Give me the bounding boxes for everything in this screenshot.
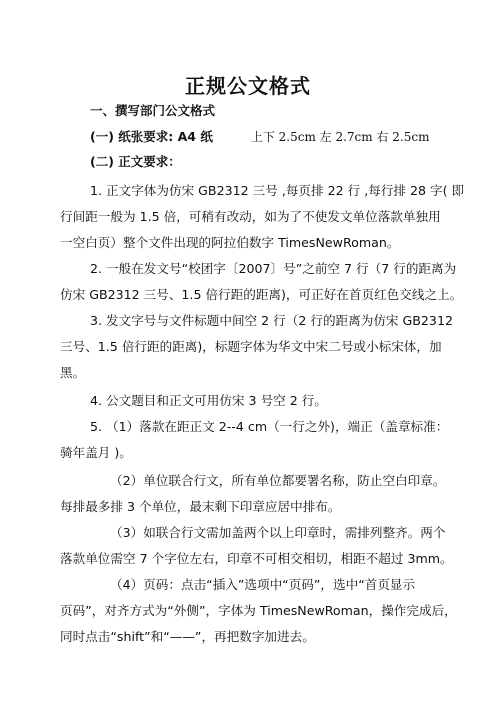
paragraph-line: 每排最多排 3 个单位，最末剩下印章应居中排布。	[60, 496, 341, 515]
paragraph-line: 骑年盖月 )。	[60, 442, 132, 461]
paragraph-line: 3. 发文字号与文件标题中间空 2 行（2 行的距离为仿宋 GB2312	[90, 310, 453, 329]
paragraph-line: 2. 一般在发文号“校团字〔2007〕号”之前空 7 行（7 行的距离为	[90, 258, 456, 277]
paper-requirements: (一) 纸张要求: A4 纸 上下 2.5cm 左 2.7cm 右 2.5cm	[90, 127, 429, 145]
body-req-heading: (二) 正文要求：	[90, 152, 181, 170]
paragraph-line: 行间距一般为 1.5 倍，可稍有改动，如为了不使发文单位落款单独用	[60, 206, 441, 225]
paper-req-label: (一) 纸张要求: A4 纸	[90, 129, 213, 144]
paragraph-line: （3）如联合行文需加盖两个以上印章时，需排列整齐。两个	[110, 522, 445, 541]
paragraph-line: 页码”，对齐方式为“外侧”，字体为 TimesNewRoman，操作完成后，	[60, 600, 457, 619]
section-heading: 一、撰写部门公文格式	[90, 101, 215, 119]
paragraph-line: 同时点击“shift”和“——”，再把数字加进去。	[60, 626, 315, 645]
paragraph-line: 黑。	[60, 362, 85, 381]
paragraph-line: 一空白页）整个文件出现的阿拉伯数字 TimesNewRoman。	[60, 232, 399, 251]
paragraph-line: 三号、1.5 倍行距的距离)，标题字体为华文中宋二号或小标宋体，加	[60, 336, 442, 355]
paragraph-line: （4）页码：点击“插入”选项中“页码”，选中“首页显示	[110, 574, 415, 593]
paragraph-line: 1. 正文字体为仿宋 GB2312 三号 ,每页排 22 行 ,每行排 28 字…	[90, 180, 464, 199]
paper-margins: 上下 2.5cm 左 2.7cm 右 2.5cm	[251, 130, 430, 144]
document-title: 正规公文格式	[0, 70, 496, 99]
paragraph-line: 5. （1）落款在距正文 2--4 cm（一行之外)，端正（盖章标准：	[90, 416, 448, 435]
paragraph-line: 4. 公文题目和正文可用仿宋 3 号空 2 行。	[90, 390, 327, 409]
paragraph-line: （2）单位联合行文，所有单位都要署名称，防止空白印章。	[110, 470, 445, 489]
paragraph-line: 仿宋 GB2312 三号、1.5 倍行距的距离)，可正好在首页红色交线之上。	[60, 284, 462, 303]
paragraph-line: 落款单位需空 7 个字位左右，印章不可相交相切，相距不超过 3mm。	[60, 548, 453, 567]
